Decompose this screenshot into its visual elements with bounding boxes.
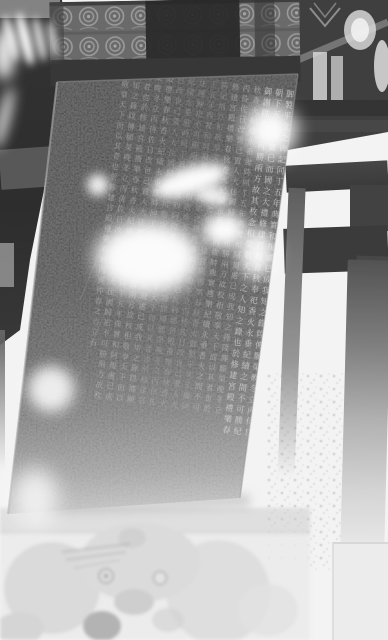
photo-frame: 御製平文之碑記同丁五年典實和規處已成我知之錄陞傳願榮晚冬立丙侍日 朝下五年典實已… [0, 0, 388, 640]
left-thin-post [0, 330, 5, 470]
carved-lintel [49, 0, 300, 86]
left-light-gap [0, 243, 14, 287]
right-pillar [340, 259, 388, 550]
pedestal [0, 500, 388, 640]
tortoise-head-carving [0, 500, 388, 640]
pillar-plinth [332, 542, 388, 640]
right-beam-filler [350, 185, 388, 231]
